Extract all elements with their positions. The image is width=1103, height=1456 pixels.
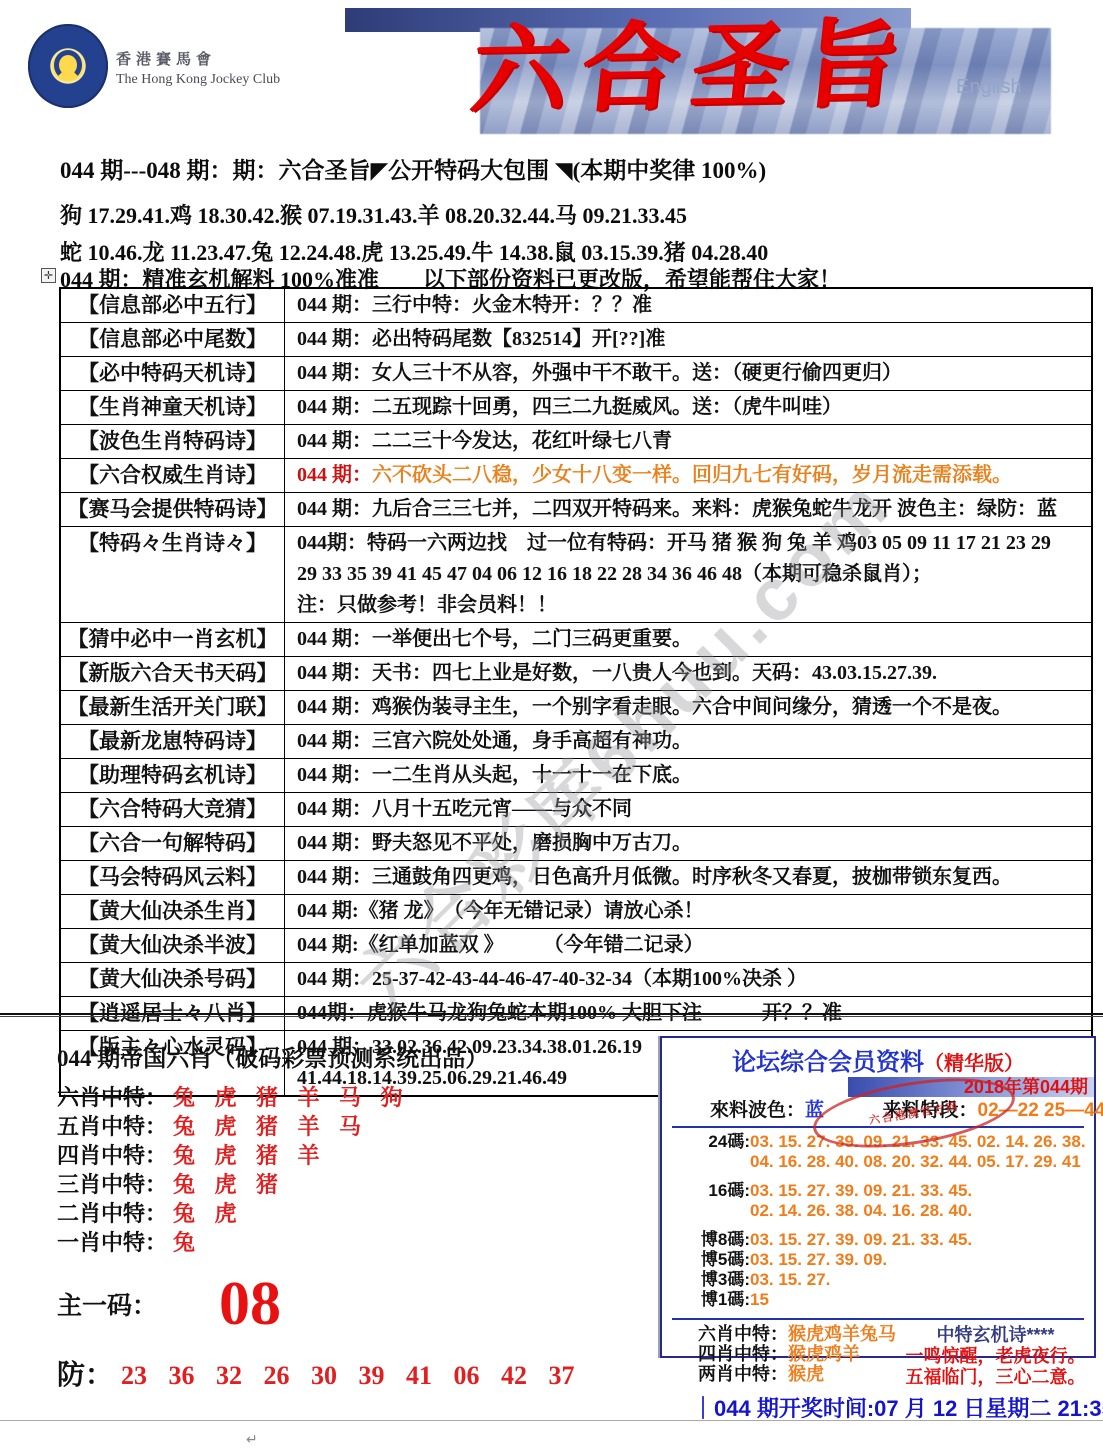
row-text: 044期：特码一六两边找 过一位有特码：开马 猪 猴 狗 兔 羊 鸡03 05 …	[297, 532, 1051, 554]
logo-title: 香港賽馬會	[116, 50, 280, 70]
table-row-content: 044 期：三宫六院处处通，身手高超有神功。	[285, 725, 1091, 758]
intro-issue-range: 044 期---048 期：期：六合圣旨◤公开特码大包围 ◥(本期中奖律 100…	[60, 152, 766, 185]
member-zodiac-rows: 六肖中特：猴虎鸡羊兔马 四肖中特：猴虎鸡羊 两肖中特：猴虎	[662, 1324, 897, 1388]
table-row-content: 044 期：必出特码尾数【832514】开[??]准	[285, 323, 1091, 356]
code-row-lines: 03. 15. 27. 39. 09. 21. 33. 45.	[750, 1230, 972, 1250]
empire-row: 六肖中特：兔 虎 猪 羊 马 狗	[57, 1083, 637, 1112]
issue-prefix: 044 期：	[297, 464, 372, 486]
table-row-label: 【特码々生肖诗々】	[61, 527, 285, 622]
table-row-line: 044 期:《猪 龙》 （今年无错记录）请放心杀！	[297, 896, 1087, 927]
table-row: 【信息部必中尾数】 044 期：必出特码尾数【832514】开[??]准	[61, 323, 1091, 357]
row-text: 044 期：八月十五吃元宵——与众不同	[297, 798, 632, 820]
table-row-line: 044 期：三通鼓角四更鸡，日色高升月低微。时序秋冬又春夏，披枷带锁东复西。	[297, 862, 1087, 893]
table-row-content: 044 期：二五现踪十回勇，四三二九挺威风。送：（虎牛叫哇）	[285, 391, 1091, 424]
table-row: 【六合权威生肖诗】 044 期：六不砍头二八稳，少女十八变一样。回归九七有好码，…	[61, 459, 1091, 493]
empire-row: 四肖中特：兔 虎 猪 羊	[57, 1141, 637, 1170]
member-zodiac-value: 猴虎鸡羊兔马	[788, 1324, 896, 1344]
english-link[interactable]: English	[956, 76, 1022, 99]
table-row-line: 044 期：一二生肖从头起，十一十一在下底。	[297, 760, 1087, 791]
defend-row: 防： 23 36 32 26 30 39 41 06 42 37	[57, 1353, 637, 1393]
table-row-line: 044 期：九后合三三七并，二四双开特码来。来料：虎猴兔蛇牛龙开 波色主：绿防：…	[297, 494, 1087, 525]
member-box-title-main: 论坛综合会员资料	[732, 1049, 924, 1076]
table-row-label: 【六合一句解特码】	[61, 827, 285, 860]
table-row: 【助理特码玄机诗】 044 期：一二生肖从头起，十一十一在下底。	[61, 759, 1091, 793]
empire-row-label: 五肖中特：	[57, 1114, 167, 1139]
poem-line: 五福临门，三心二意。	[897, 1367, 1094, 1388]
intro-zodiac-numbers-1: 狗 17.29.41.鸡 18.30.42.猴 07.19.31.43.羊 08…	[60, 199, 687, 230]
row-text: 044 期：三宫六院处处通，身手高超有神功。	[297, 730, 692, 752]
row-text: 044 期：三行中特：火金木特开：？？准	[297, 294, 652, 316]
row-text: 注：只做参考！非会员料！！	[297, 594, 557, 616]
code-line: 03. 15. 27. 39. 09. 21. 33. 45.	[750, 1181, 972, 1201]
table-row-label: 【六合权威生肖诗】	[61, 459, 285, 492]
empire-row: 三肖中特：兔 虎 猪	[57, 1170, 637, 1199]
table-row: 【新版六合天书天码】 044 期：天书：四七上业是好数，一八贵人今也到。天码：4…	[61, 657, 1091, 691]
table-row-label: 【波色生肖特码诗】	[61, 425, 285, 458]
row-text: 29 33 35 39 41 45 47 04 06 12 16 18 22 2…	[297, 563, 932, 585]
horseshoe-icon	[54, 50, 82, 80]
table-row: 【黄大仙决杀半波】 044 期:《红单加蓝双 》 （今年错二记录）	[61, 929, 1091, 963]
main-code-value: 08	[219, 1274, 281, 1334]
code-row: 博1碼: 15	[662, 1290, 1094, 1310]
table-row-line: 044 期：八月十五吃元宵——与众不同	[297, 794, 1087, 825]
code-row: 博8碼: 03. 15. 27. 39. 09. 21. 33. 45.	[662, 1230, 1094, 1250]
main-code-label: 主一码：	[57, 1286, 157, 1322]
member-box-title-suffix: （精华版）	[924, 1053, 1024, 1075]
table-row-line: 044 期：三宫六院处处通，身手高超有神功。	[297, 726, 1087, 757]
empire-row: 五肖中特：兔 虎 猪 羊 马	[57, 1112, 637, 1141]
empire-row-label: 四肖中特：	[57, 1143, 167, 1168]
logo-subtitle: The Hong Kong Jockey Club	[116, 70, 280, 90]
defend-numbers: 23 36 32 26 30 39 41 06 42 37	[121, 1361, 575, 1390]
member-zodiac-label: 四肖中特：	[698, 1344, 788, 1364]
empire-row-label: 三肖中特：	[57, 1172, 167, 1197]
table-row-content: 044 期：鸡猴伪装寻主生，一个别字看走眼。六合中间问缘分，猜透一个不是夜。	[285, 691, 1091, 724]
empire-row-value: 兔 虎 猪 羊 马 狗	[173, 1085, 410, 1110]
member-box-title: 论坛综合会员资料（精华版）	[662, 1042, 1094, 1077]
table-row-content: 044 期:《红单加蓝双 》 （今年错二记录）	[285, 929, 1091, 962]
code-row-lines: 15	[750, 1290, 769, 1310]
table-row: 【特码々生肖诗々】 044期：特码一六两边找 过一位有特码：开马 猪 猴 狗 兔…	[61, 527, 1091, 623]
code-row-label: 博3碼:	[662, 1270, 750, 1290]
table-row-line: 044 期：野夫怒见不平处，磨损胸中万古刀。	[297, 828, 1087, 859]
table-row-line: 044 期：六不砍头二八稳，少女十八变一样。回归九七有好码，岁月流走需添载。	[297, 460, 1087, 491]
code-line: 02. 14. 26. 38. 04. 16. 28. 40.	[750, 1201, 972, 1221]
table-row-line: 044 期：三行中特：火金木特开：？？准	[297, 290, 1087, 321]
table-row: 【马会特码风云料】 044 期：三通鼓角四更鸡，日色高升月低微。时序秋冬又春夏，…	[61, 861, 1091, 895]
row-text: 044 期：二二三十今发达，花红叶绿七八青	[297, 430, 672, 452]
code-row-lines: 03. 15. 27.	[750, 1270, 830, 1290]
table-row-label: 【新版六合天书天码】	[61, 657, 285, 690]
code-line: 03. 15. 27. 39. 09.	[750, 1250, 887, 1270]
table-row-content: 044期：特码一六两边找 过一位有特码：开马 猪 猴 狗 兔 羊 鸡03 05 …	[285, 527, 1091, 622]
code-rows: 24碼: 03. 15. 27. 39. 09. 21. 33. 45. 02.…	[662, 1132, 1094, 1310]
empire-row-value: 兔 虎 猪 羊	[173, 1143, 327, 1168]
table-row-label: 【赛马会提供特码诗】	[61, 493, 285, 526]
banner: 六合圣旨	[345, 6, 1051, 134]
table-row-label: 【最新龙崽特码诗】	[61, 725, 285, 758]
code-row-label: 博8碼:	[662, 1230, 750, 1250]
table-row-content: 044 期：八月十五吃元宵——与众不同	[285, 793, 1091, 826]
code-row-label: 16碼:	[662, 1181, 750, 1221]
table-row-content: 044 期：三通鼓角四更鸡，日色高升月低微。时序秋冬又春夏，披枷带锁东复西。	[285, 861, 1091, 894]
empire-row-value: 兔 虎	[173, 1201, 244, 1226]
empire-row: 一肖中特：兔	[57, 1228, 637, 1257]
defend-label: 防：	[57, 1360, 113, 1391]
table-row-label: 【黄大仙决杀号码】	[61, 963, 285, 996]
table-row-line: 044 期：必出特码尾数【832514】开[??]准	[297, 324, 1087, 355]
table-row-line: 044 期：25-37-42-43-44-46-47-40-32-34（本期10…	[297, 964, 1087, 995]
code-row: 16碼: 03. 15. 27. 39. 09. 21. 33. 45.02. …	[662, 1181, 1094, 1221]
footer-divider	[0, 1420, 1103, 1421]
table-row-line: 044 期：一举便出七个号，二门三码更重要。	[297, 624, 1087, 655]
empire-row-label: 一肖中特：	[57, 1230, 167, 1255]
table-row-content: 044 期：天书：四七上业是好数，一八贵人今也到。天码：43.03.15.27.…	[285, 657, 1091, 690]
table-row-line: 044 期：女人三十不从容，外强中干不敢干。送：（硬更行偷四更归）	[297, 358, 1087, 389]
table-row-label: 【最新生活开关门联】	[61, 691, 285, 724]
code-row-label: 博5碼:	[662, 1250, 750, 1270]
row-text: 044 期:《红单加蓝双 》 （今年错二记录）	[297, 934, 704, 956]
table-row-line: 044 期：二二三十今发达，花红叶绿七八青	[297, 426, 1087, 457]
table-row: 【赛马会提供特码诗】 044 期：九后合三三七并，二四双开特码来。来料：虎猴兔蛇…	[61, 493, 1091, 527]
table-row-label: 【信息部必中五行】	[61, 289, 285, 322]
table-row: 【黄大仙决杀生肖】 044 期:《猪 龙》 （今年无错记录）请放心杀！	[61, 895, 1091, 929]
logo-text: 香港賽馬會 The Hong Kong Jockey Club	[116, 50, 280, 90]
table-row-label: 【信息部必中尾数】	[61, 323, 285, 356]
row-text: 044 期：野夫怒见不平处，磨损胸中万古刀。	[297, 832, 692, 854]
page-title: 六合圣旨	[467, 8, 919, 126]
empire-row-label: 二肖中特：	[57, 1201, 167, 1226]
wave-label: 來料波色：	[710, 1100, 805, 1121]
table-row-label: 【必中特码天机诗】	[61, 357, 285, 390]
row-text: 044 期：天书：四七上业是好数，一八贵人今也到。天码：43.03.15.27.…	[297, 662, 937, 684]
blue-rule-bottom	[672, 1318, 1084, 1320]
member-info-box: 论坛综合会员资料（精华版） 2018年第044期 來料波色：蓝 来料特段：02—…	[660, 1036, 1096, 1358]
table-row-content: 044 期：九后合三三七并，二四双开特码来。来料：虎猴兔蛇牛龙开 波色主：绿防：…	[285, 493, 1091, 526]
code-line: 15	[750, 1290, 769, 1310]
table-row-content: 044 期：25-37-42-43-44-46-47-40-32-34（本期10…	[285, 963, 1091, 996]
table-row-content: 044 期：女人三十不从容，外强中干不敢干。送：（硬更行偷四更归）	[285, 357, 1091, 390]
code-line: 04. 16. 28. 40. 08. 20. 32. 44. 05. 17. …	[750, 1152, 1086, 1172]
code-row-lines: 03. 15. 27. 39. 09.	[750, 1250, 887, 1270]
section-divider	[0, 1013, 1103, 1017]
draw-time: ｜044 期开奖时间:07 月 12 日星期二 21:35	[692, 1392, 1103, 1423]
row-text: 044 期：二五现踪十回勇，四三二九挺威风。送：（虎牛叫哇）	[297, 396, 842, 418]
member-zodiac-row: 六肖中特：猴虎鸡羊兔马	[698, 1324, 897, 1344]
code-row-lines: 03. 15. 27. 39. 09. 21. 33. 45.02. 14. 2…	[750, 1181, 972, 1221]
table-row-label: 【黄大仙决杀生肖】	[61, 895, 285, 928]
prediction-table: 【信息部必中五行】 044 期：三行中特：火金木特开：？？准 【信息部必中尾数】…	[59, 287, 1093, 1097]
member-zodiac-row: 两肖中特：猴虎	[698, 1364, 897, 1384]
code-row-label: 24碼:	[662, 1132, 750, 1172]
row-text: 044 期:《猪 龙》 （今年无错记录）请放心杀！	[297, 900, 704, 922]
empire-row-value: 兔 虎 猪 羊 马	[173, 1114, 368, 1139]
table-row: 【最新龙崽特码诗】 044 期：三宫六院处处通，身手高超有神功。	[61, 725, 1091, 759]
poem-lines: 一鸣惊醒，老虎夜行。五福临门，三心二意。	[897, 1346, 1094, 1388]
row-text: 044 期：三通鼓角四更鸡，日色高升月低微。时序秋冬又春夏，披枷带锁东复西。	[297, 866, 1012, 888]
empire-title: 044 期帝国六肖（破码彩票预测系统出品）	[57, 1040, 637, 1073]
main-code-row: 主一码： 08	[57, 1271, 637, 1337]
member-zodiac-value: 猴虎	[788, 1364, 824, 1384]
member-box-bottom: 六肖中特：猴虎鸡羊兔马 四肖中特：猴虎鸡羊 两肖中特：猴虎 中特玄机诗**** …	[662, 1324, 1094, 1388]
member-zodiac-row: 四肖中特：猴虎鸡羊	[698, 1344, 897, 1364]
table-row: 【必中特码天机诗】 044 期：女人三十不从容，外强中干不敢干。送：（硬更行偷四…	[61, 357, 1091, 391]
table-row: 【六合特码大竞猜】 044 期：八月十五吃元宵——与众不同	[61, 793, 1091, 827]
row-text: 044 期：一举便出七个号，二门三码更重要。	[297, 628, 692, 650]
member-zodiac-label: 两肖中特：	[698, 1364, 788, 1384]
table-row-content: 044 期：一举便出七个号，二门三码更重要。	[285, 623, 1091, 656]
row-text: 044 期：鸡猴伪装寻主生，一个别字看走眼。六合中间问缘分，猜透一个不是夜。	[297, 696, 1012, 718]
table-row-label: 【生肖神童天机诗】	[61, 391, 285, 424]
table-row-label: 【猜中必中一肖玄机】	[61, 623, 285, 656]
member-zodiac-value: 猴虎鸡羊	[788, 1344, 860, 1364]
empire-rows: 六肖中特：兔 虎 猪 羊 马 狗 五肖中特：兔 虎 猪 羊 马 四肖中特：兔 虎…	[57, 1083, 637, 1257]
paragraph-mark: ↵	[246, 1432, 258, 1448]
code-row: 博3碼: 03. 15. 27.	[662, 1270, 1094, 1290]
hkjc-logo	[28, 24, 108, 108]
table-row-content: 044 期：二二三十今发达，花红叶绿七八青	[285, 425, 1091, 458]
table-row: 【黄大仙决杀号码】 044 期：25-37-42-43-44-46-47-40-…	[61, 963, 1091, 997]
table-row-content: 044 期:《猪 龙》 （今年无错记录）请放心杀！	[285, 895, 1091, 928]
poem-line: 一鸣惊醒，老虎夜行。	[897, 1346, 1094, 1367]
empire-row: 二肖中特：兔 虎	[57, 1199, 637, 1228]
table-row-label: 【助理特码玄机诗】	[61, 759, 285, 792]
table-row: 【六合一句解特码】 044 期：野夫怒见不平处，磨损胸中万古刀。	[61, 827, 1091, 861]
table-row-line: 注：只做参考！非会员料！！	[297, 590, 1087, 621]
table-row: 【生肖神童天机诗】 044 期：二五现踪十回勇，四三二九挺威风。送：（虎牛叫哇）	[61, 391, 1091, 425]
member-zodiac-label: 六肖中特：	[698, 1324, 788, 1344]
row-text: 044 期：必出特码尾数【832514】开[??]准	[297, 328, 665, 350]
table-row-content: 044 期：三行中特：火金木特开：？？准	[285, 289, 1091, 322]
table-row-line: 044 期：鸡猴伪装寻主生，一个别字看走眼。六合中间问缘分，猜透一个不是夜。	[297, 692, 1087, 723]
empire-section: 044 期帝国六肖（破码彩票预测系统出品） 六肖中特：兔 虎 猪 羊 马 狗 五…	[57, 1040, 637, 1393]
code-line: 03. 15. 27.	[750, 1270, 830, 1290]
table-row: 【猜中必中一肖玄机】 044 期：一举便出七个号，二门三码更重要。	[61, 623, 1091, 657]
row-text: 044 期：女人三十不从容，外强中干不敢干。送：（硬更行偷四更归）	[297, 362, 902, 384]
row-text: 044 期：一二生肖从头起，十一十一在下底。	[297, 764, 692, 786]
row-text: 044 期：九后合三三七并，二四双开特码来。来料：虎猴兔蛇牛龙开 波色主：绿防：…	[297, 498, 1057, 520]
table-row-content: 044 期：六不砍头二八稳，少女十八变一样。回归九七有好码，岁月流走需添载。	[285, 459, 1091, 492]
table-row-line: 044期：特码一六两边找 过一位有特码：开马 猪 猴 狗 兔 羊 鸡03 05 …	[297, 528, 1087, 559]
row-text: 六不砍头二八稳，少女十八变一样。回归九七有好码，岁月流走需添载。	[372, 464, 1012, 486]
poem-block: 中特玄机诗**** 一鸣惊醒，老虎夜行。五福临门，三心二意。	[897, 1324, 1094, 1388]
table-row-label: 【马会特码风云料】	[61, 861, 285, 894]
table-row-line: 044 期：二五现踪十回勇，四三二九挺威风。送：（虎牛叫哇）	[297, 392, 1087, 423]
table-row-line: 044 期：天书：四七上业是好数，一八贵人今也到。天码：43.03.15.27.…	[297, 658, 1087, 689]
table-row-line: 29 33 35 39 41 45 47 04 06 12 16 18 22 2…	[297, 559, 1087, 590]
empire-row-label: 六肖中特：	[57, 1085, 167, 1110]
table-row: 【最新生活开关门联】 044 期：鸡猴伪装寻主生，一个别字看走眼。六合中间问缘分…	[61, 691, 1091, 725]
table-row: 【信息部必中五行】 044 期：三行中特：火金木特开：？？准	[61, 289, 1091, 323]
code-row: 博5碼: 03. 15. 27. 39. 09.	[662, 1250, 1094, 1270]
code-line: 03. 15. 27. 39. 09. 21. 33. 45.	[750, 1230, 972, 1250]
stamp-text: 六合港澳官方网	[868, 1098, 960, 1128]
table-row-label: 【六合特码大竞猜】	[61, 793, 285, 826]
table-row-label: 【黄大仙决杀半波】	[61, 929, 285, 962]
table-row-content: 044 期：野夫怒见不平处，磨损胸中万古刀。	[285, 827, 1091, 860]
table-row-content: 044 期：一二生肖从头起，十一十一在下底。	[285, 759, 1091, 792]
empire-row-value: 兔 虎 猪	[173, 1172, 285, 1197]
empire-row-value: 兔	[173, 1230, 202, 1255]
table-move-handle-icon[interactable]: ✛	[41, 268, 56, 283]
table-row: 【波色生肖特码诗】 044 期：二二三十今发达，花红叶绿七八青	[61, 425, 1091, 459]
code-row-label: 博1碼:	[662, 1290, 750, 1310]
row-text: 044 期：25-37-42-43-44-46-47-40-32-34（本期10…	[297, 968, 807, 990]
poem-title: 中特玄机诗****	[897, 1324, 1094, 1346]
table-row-line: 044 期:《红单加蓝双 》 （今年错二记录）	[297, 930, 1087, 961]
